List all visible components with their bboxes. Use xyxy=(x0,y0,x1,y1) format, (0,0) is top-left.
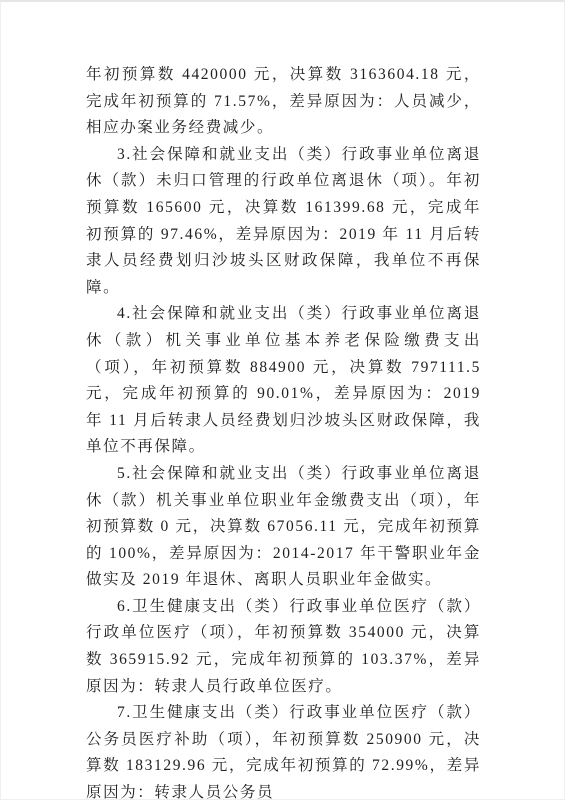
paragraph: 4.社会保障和就业支出（类）行政事业单位离退休（款）机关事业单位基本养老保险缴费… xyxy=(86,301,481,461)
paragraph: 7.卫生健康支出（类）行政事业单位医疗（款）公务员医疗补助（项），年初预算数 2… xyxy=(86,700,481,800)
paragraph: 5.社会保障和就业支出（类）行政事业单位离退休（款）机关事业单位职业年金缴费支出… xyxy=(86,461,481,594)
paragraph: 年初预算数 4420000 元，决算数 3163604.18 元，完成年初预算的… xyxy=(86,62,481,142)
page: 年初预算数 4420000 元，决算数 3163604.18 元，完成年初预算的… xyxy=(0,0,565,800)
paragraph: 6.卫生健康支出（类）行政事业单位医疗（款）行政单位医疗（项），年初预算数 35… xyxy=(86,594,481,700)
paragraph: 3.社会保障和就业支出（类）行政事业单位离退休（款）未归口管理的行政单位离退休（… xyxy=(86,142,481,302)
document-page: { "document": { "kind": "scanned-budget-… xyxy=(0,0,565,800)
